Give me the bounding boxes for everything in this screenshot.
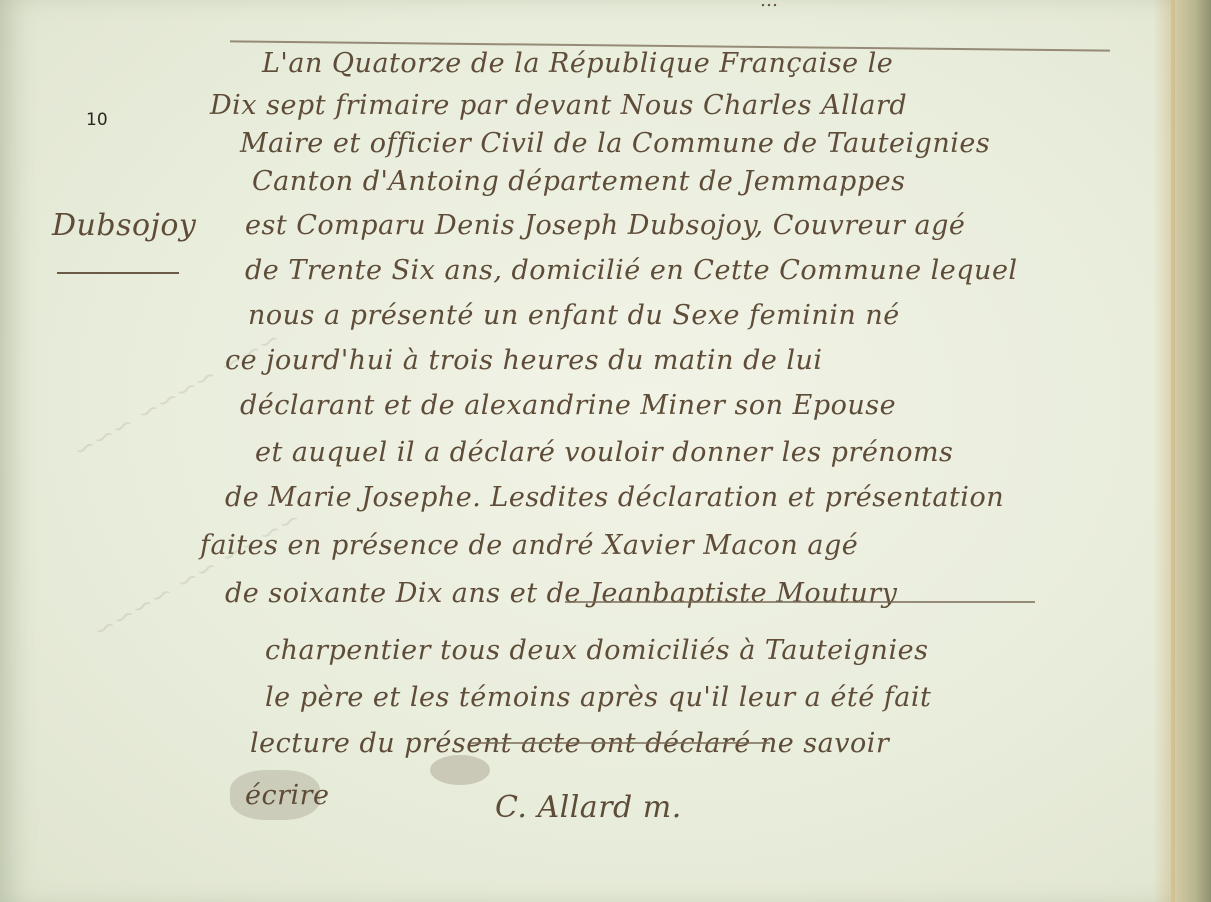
text-line: L'an Quatorze de la République Française… — [262, 48, 893, 79]
register-page: ~~~ ~~~~ ~~~ ~~~~ ~~ ~~~~ … 10 Dubsojoy … — [0, 0, 1180, 902]
text-line: Canton d'Antoing département de Jemmappe… — [252, 166, 905, 197]
text-line: lecture du présent acte ont déclaré ne s… — [250, 728, 889, 759]
text-line: de Marie Josephe. Lesdites déclaration e… — [225, 482, 1004, 513]
text-line: de soixante Dix ans et de Jeanbaptiste M… — [225, 578, 897, 609]
text-line: charpentier tous deux domiciliés à Taute… — [265, 635, 928, 666]
text-line: est Comparu Denis Joseph Dubsojoy, Couvr… — [245, 210, 965, 241]
underline-stroke — [565, 601, 1035, 603]
text-line: de Trente Six ans, domicilié en Cette Co… — [245, 255, 1018, 286]
text-line: et auquel il a déclaré vouloir donner le… — [255, 437, 953, 468]
text-line: le père et les témoins après qu'il leur … — [265, 682, 931, 713]
stain — [430, 755, 490, 785]
text-line: nous a présenté un enfant du Sexe femini… — [248, 300, 900, 331]
bleed-through-text: ~~~~ ~~ ~~~~ — [88, 503, 306, 646]
text-line: déclarant et de alexandrine Miner son Ep… — [240, 390, 896, 421]
underline-stroke — [470, 742, 770, 744]
text-line: Dix sept frimaire par devant Nous Charle… — [210, 90, 907, 121]
page-number: 10 — [86, 110, 108, 130]
book-binding-edge — [1171, 0, 1211, 902]
text-line: ce jourd'hui à trois heures du matin de … — [225, 345, 823, 376]
text-line: Maire et officier Civil de la Commune de… — [240, 128, 990, 159]
margin-name: Dubsojoy — [52, 208, 196, 243]
ink-blot — [230, 770, 320, 820]
signature: C. Allard m. — [495, 790, 682, 825]
text-line: faites en présence de andré Xavier Macon… — [200, 530, 858, 561]
margin-underline — [57, 272, 179, 274]
header-fragment: … — [760, 0, 779, 11]
